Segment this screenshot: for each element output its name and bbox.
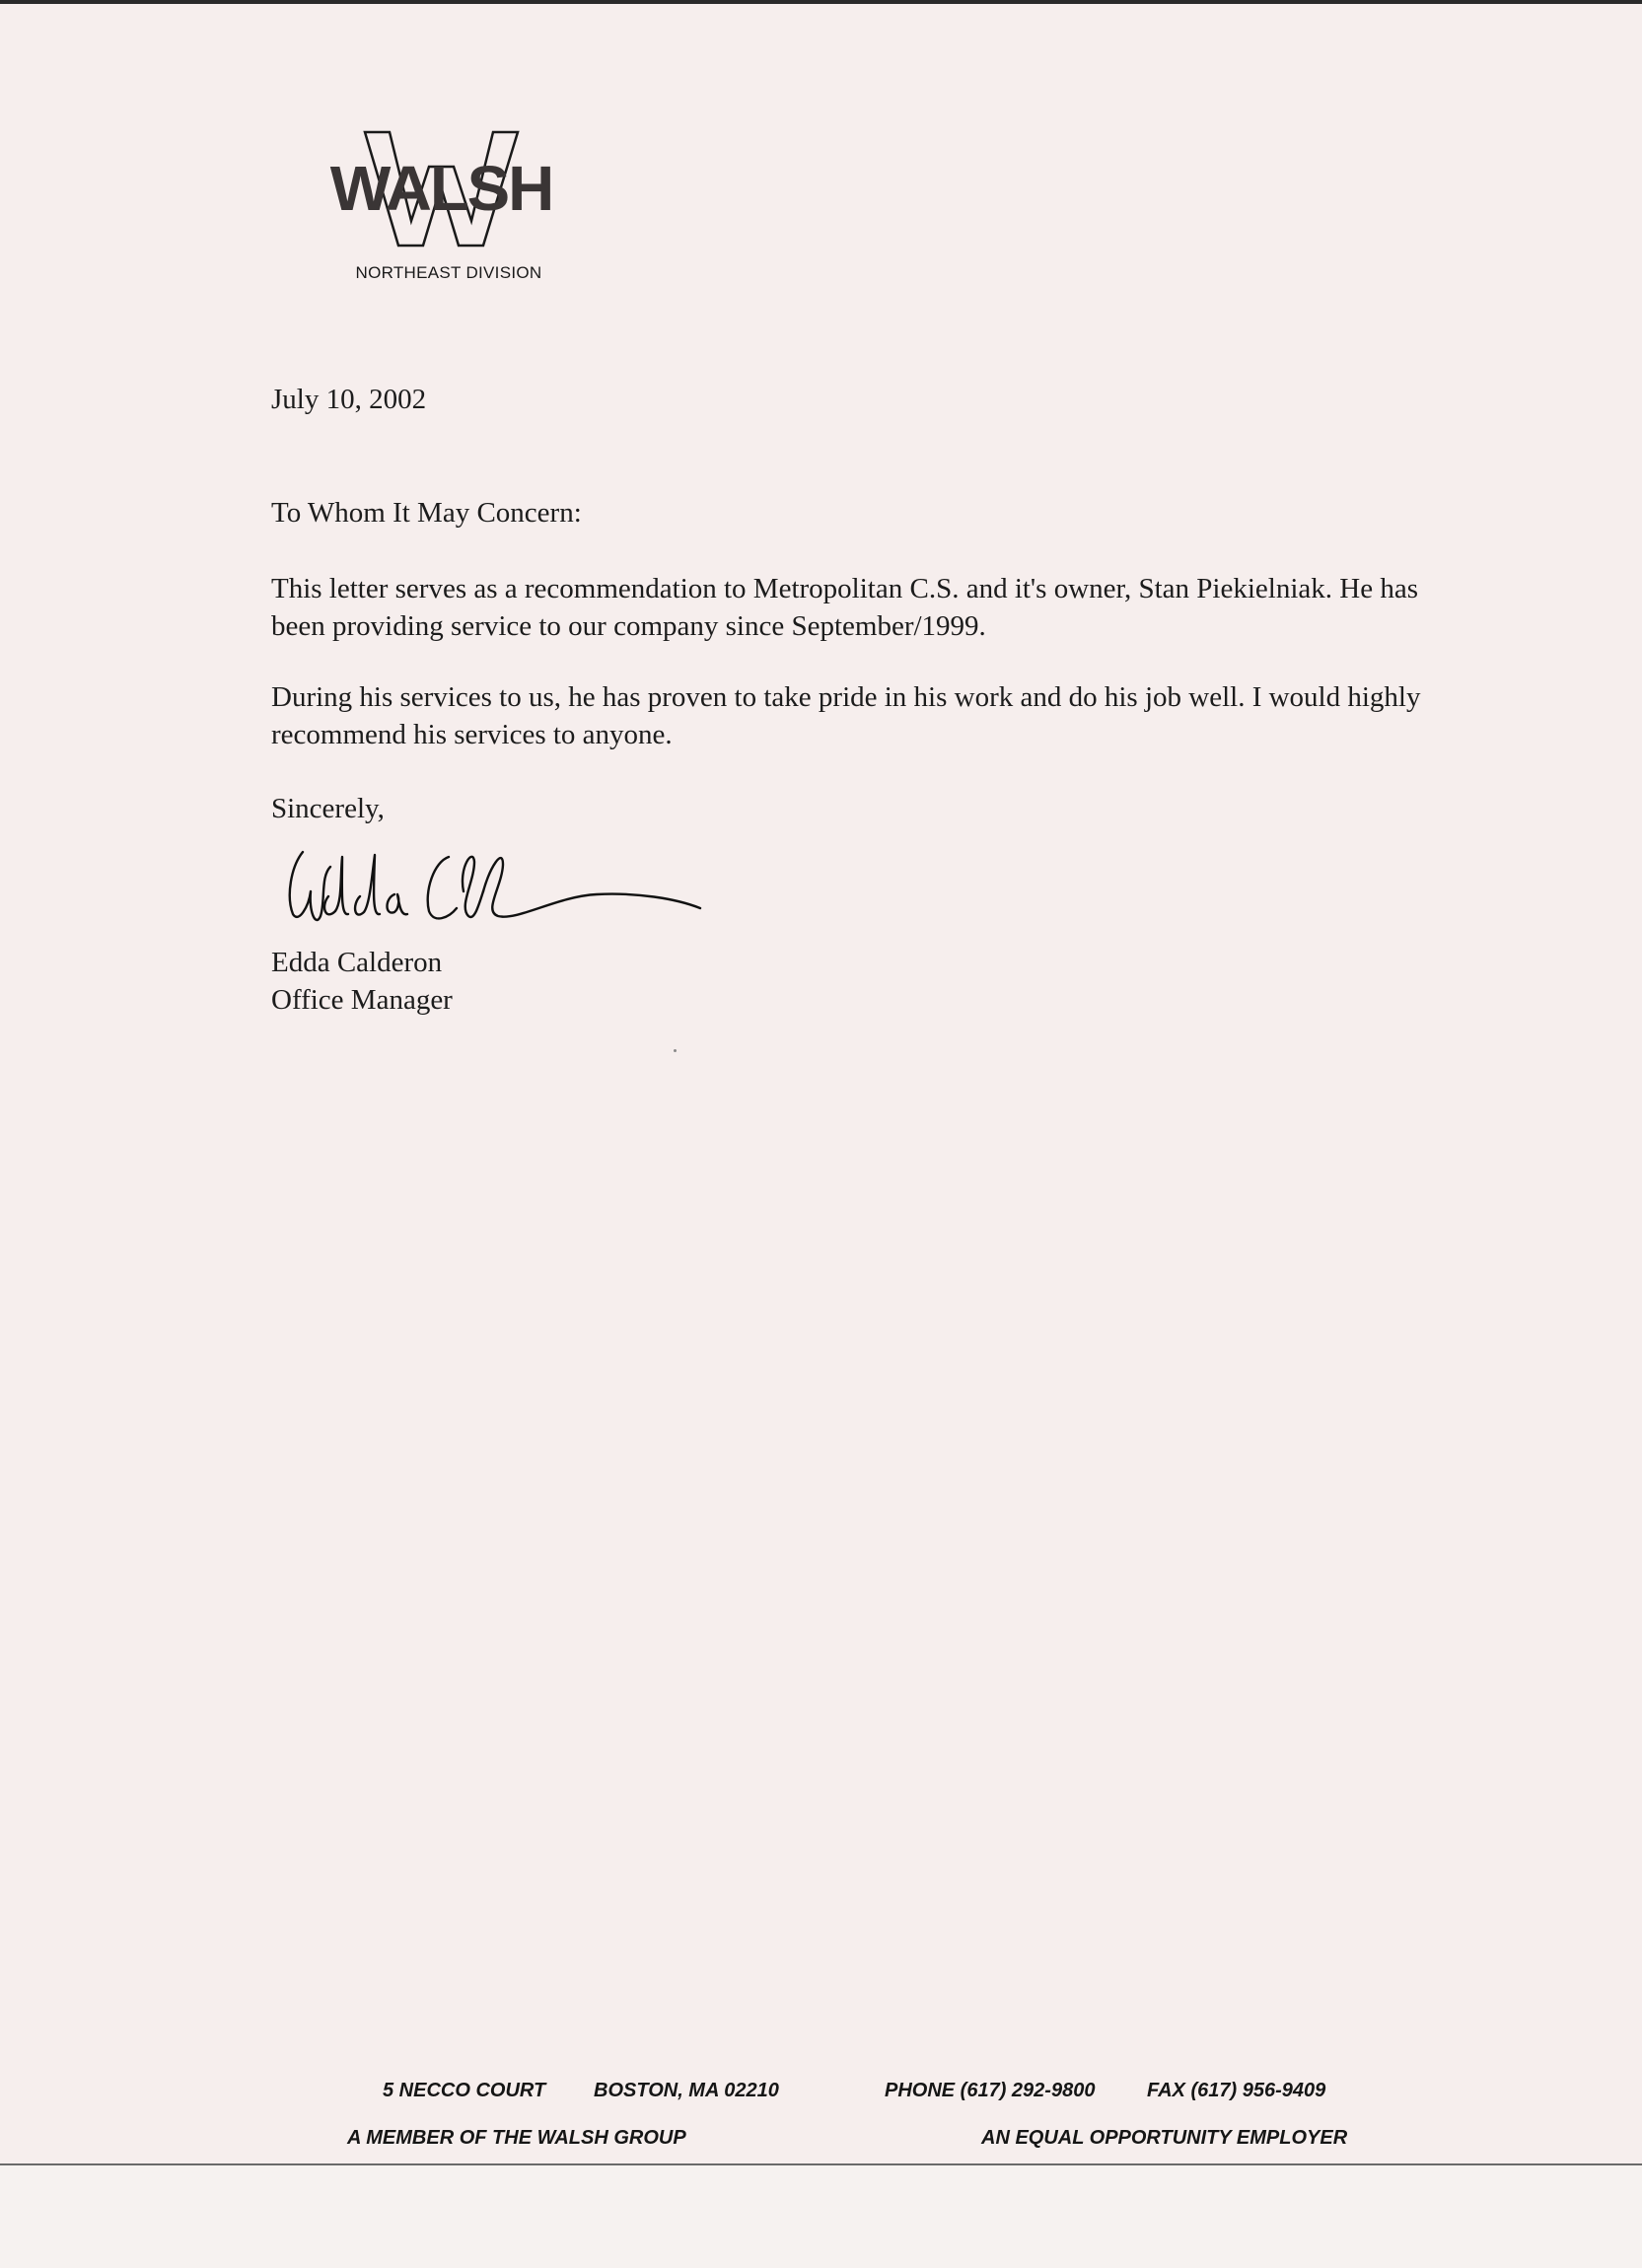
footer-fax: FAX (617) 956-9409 — [1147, 2080, 1325, 2102]
footer-member: A MEMBER OF THE WALSH GROUP — [347, 2127, 686, 2150]
footer-city: BOSTON, MA 02210 — [594, 2080, 779, 2102]
signer-name: Edda Calderon — [271, 947, 442, 979]
footer-phone: PHONE (617) 292-9800 — [885, 2080, 1095, 2102]
scan-speck — [674, 1049, 677, 1052]
letter-date: July 10, 2002 — [271, 384, 426, 416]
footer-street: 5 NECCO COURT — [383, 2080, 545, 2102]
company-wordmark: WALSH — [293, 152, 590, 225]
salutation: To Whom It May Concern: — [271, 497, 582, 530]
signer-title: Office Manager — [271, 984, 453, 1017]
division-label: NORTHEAST DIVISION — [335, 263, 562, 283]
walsh-logo: WALSH NORTHEAST DIVISION — [296, 127, 592, 285]
body-paragraph: During his services to us, he has proven… — [271, 678, 1455, 753]
body-paragraph: This letter serves as a recommendation t… — [271, 570, 1455, 645]
signature-icon — [281, 837, 715, 936]
footer-eoe: AN EQUAL OPPORTUNITY EMPLOYER — [981, 2127, 1347, 2150]
closing: Sincerely, — [271, 793, 385, 825]
letter-page: WALSH NORTHEAST DIVISION July 10, 2002 T… — [0, 0, 1642, 2165]
